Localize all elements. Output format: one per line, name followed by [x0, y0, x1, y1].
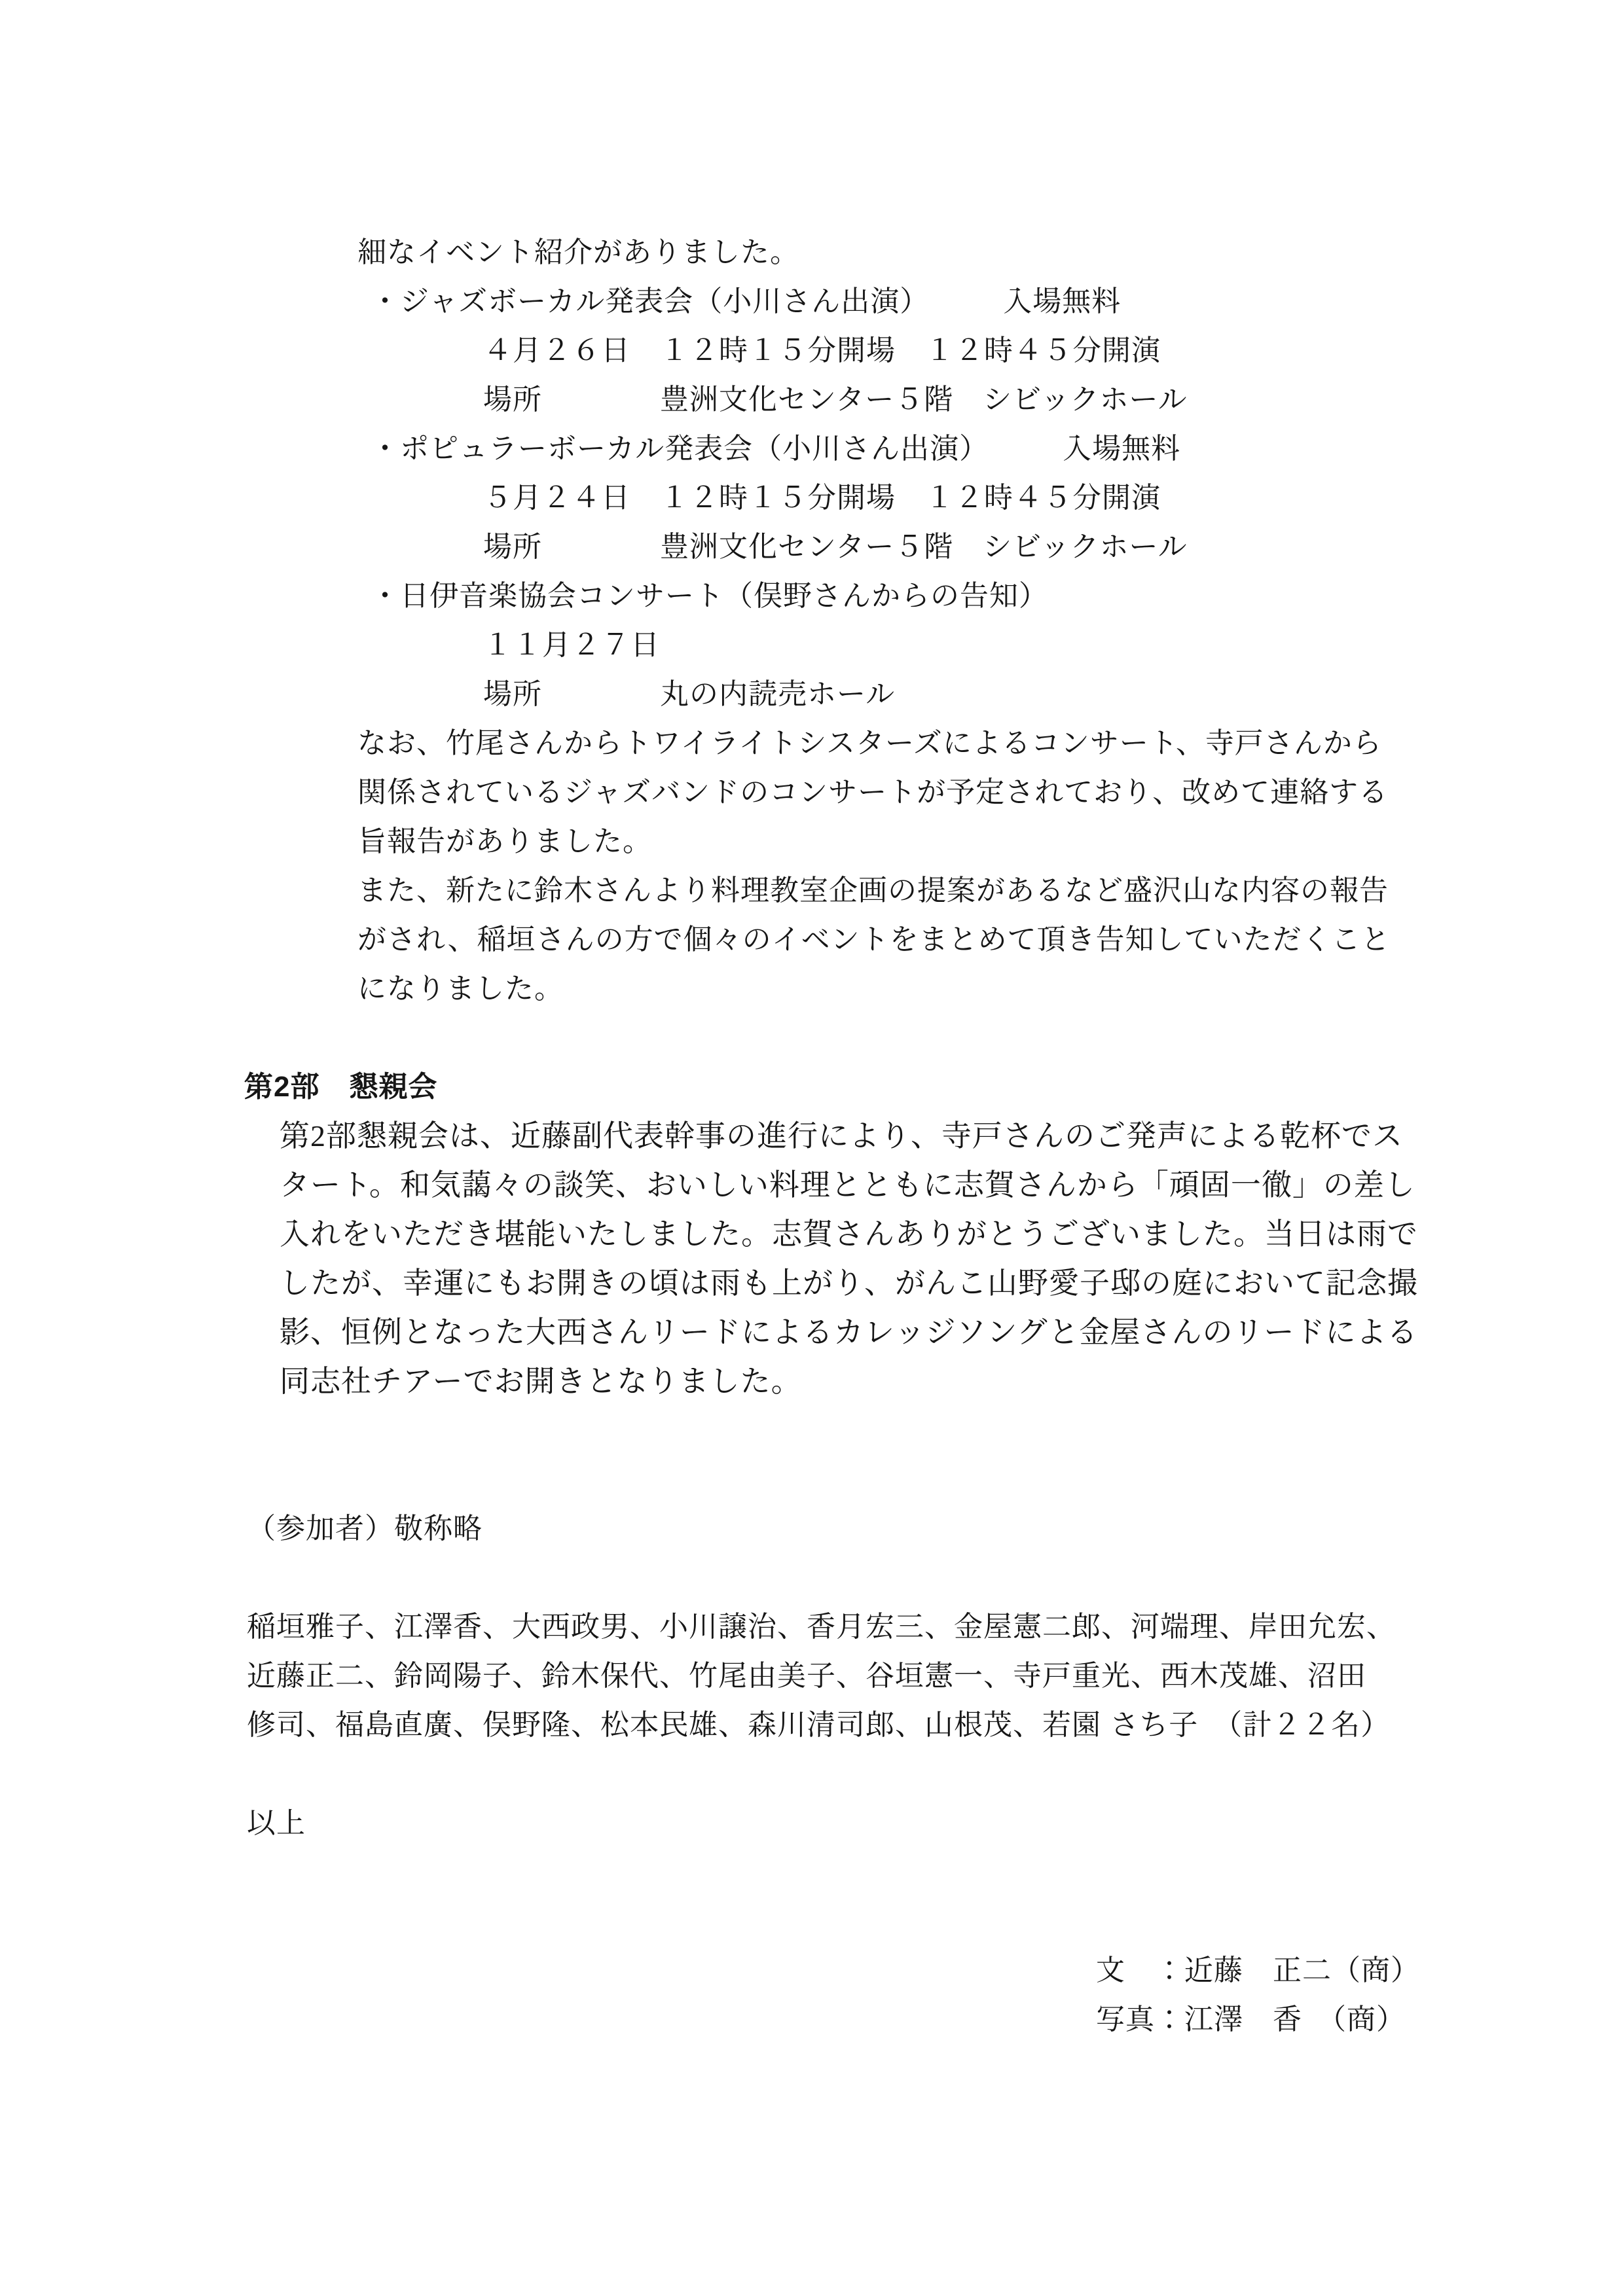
event-jazz-vocal-datetime: ４月２６日 １２時１５分開場 １２時４５分開演: [0, 326, 1623, 375]
credit-photo-author: 写真：江澤 香 （商）: [0, 1995, 1623, 2044]
credit-text-author: 文 ：近藤 正二（商）: [0, 1946, 1623, 1995]
part2-paragraph-line-6: 同志社チアーでお開きとなりました。: [0, 1357, 1623, 1406]
blank-line: [0, 1013, 1623, 1062]
part2-paragraph-line-1: 第2部懇親会は、近藤副代表幹事の進行により、寺戸さんのご発声による乾杯でス: [0, 1111, 1623, 1160]
event-jazz-vocal-title: ・ジャズボーカル発表会（小川さん出演） 入場無料: [0, 277, 1623, 326]
event-nichii-concert-venue: 場所 丸の内読売ホール: [0, 670, 1623, 719]
event-nichii-concert-title: ・日伊音楽協会コンサート（俣野さんからの告知）: [0, 571, 1623, 620]
part2-paragraph-line-3: 入れをいただき堪能いたしました。志賀さんありがとうございました。当日は雨で: [0, 1210, 1623, 1259]
notes-paragraph-line-1: なお、竹尾さんからトワイライトシスターズによるコンサート、寺戸さんから: [0, 719, 1623, 768]
blank-line: [0, 1455, 1623, 1504]
notes-paragraph-line-3: 旨報告がありました。: [0, 817, 1623, 866]
notes-paragraph-line-4: また、新たに鈴木さんより料理教室企画の提案があるなど盛沢山な内容の報告: [0, 866, 1623, 915]
notes-paragraph-line-5: がされ、稲垣さんの方で個々のイベントをまとめて頂き告知していただくこと: [0, 915, 1623, 964]
part2-paragraph-line-2: タート。和気藹々の談笑、おいしい料理とともに志賀さんから「頑固一徹」の差し: [0, 1160, 1623, 1210]
event-intro-line: 細なイベント紹介がありました。: [0, 228, 1623, 277]
closing-ijou-line: 以上: [0, 1799, 1623, 1848]
event-popular-vocal-datetime: ５月２４日 １２時１５分開場 １２時４５分開演: [0, 473, 1623, 522]
document-body: 細なイベント紹介がありました。 ・ジャズボーカル発表会（小川さん出演） 入場無料…: [0, 228, 1623, 2044]
part2-paragraph-line-4: したが、幸運にもお開きの頃は雨も上がり、がんこ山野愛子邸の庭において記念撮: [0, 1259, 1623, 1308]
participants-heading: （参加者）敬称略: [0, 1504, 1623, 1553]
blank-line: [0, 1897, 1623, 1946]
participants-names-line-2: 近藤正二、鈴岡陽子、鈴木保代、竹尾由美子、谷垣憲一、寺戸重光、西木茂雄、沼田: [0, 1651, 1623, 1700]
blank-line: [0, 1406, 1623, 1455]
part2-section-heading: 第2部 懇親会: [0, 1062, 1623, 1111]
event-popular-vocal-title: ・ポピュラーボーカル発表会（小川さん出演） 入場無料: [0, 424, 1623, 473]
participants-names-line-3: 修司、福島直廣、俣野隆、松本民雄、森川清司郎、山根茂、若園 さち子 （計２２名）: [0, 1700, 1623, 1749]
event-nichii-concert-date: １１月２７日: [0, 620, 1623, 670]
blank-line: [0, 1848, 1623, 1897]
part2-paragraph-line-5: 影、恒例となった大西さんリードによるカレッジソングと金屋さんのリードによる: [0, 1308, 1623, 1357]
event-jazz-vocal-venue: 場所 豊洲文化センター５階 シビックホール: [0, 375, 1623, 424]
blank-line: [0, 1553, 1623, 1602]
participants-names-line-1: 稲垣雅子、江澤香、大西政男、小川譲治、香月宏三、金屋憲二郎、河端理、岸田允宏、: [0, 1602, 1623, 1651]
document-page: 細なイベント紹介がありました。 ・ジャズボーカル発表会（小川さん出演） 入場無料…: [0, 0, 1623, 2296]
blank-line: [0, 1749, 1623, 1799]
event-popular-vocal-venue: 場所 豊洲文化センター５階 シビックホール: [0, 522, 1623, 571]
notes-paragraph-line-2: 関係されているジャズバンドのコンサートが予定されており、改めて連絡する: [0, 768, 1623, 817]
notes-paragraph-line-6: になりました。: [0, 964, 1623, 1013]
